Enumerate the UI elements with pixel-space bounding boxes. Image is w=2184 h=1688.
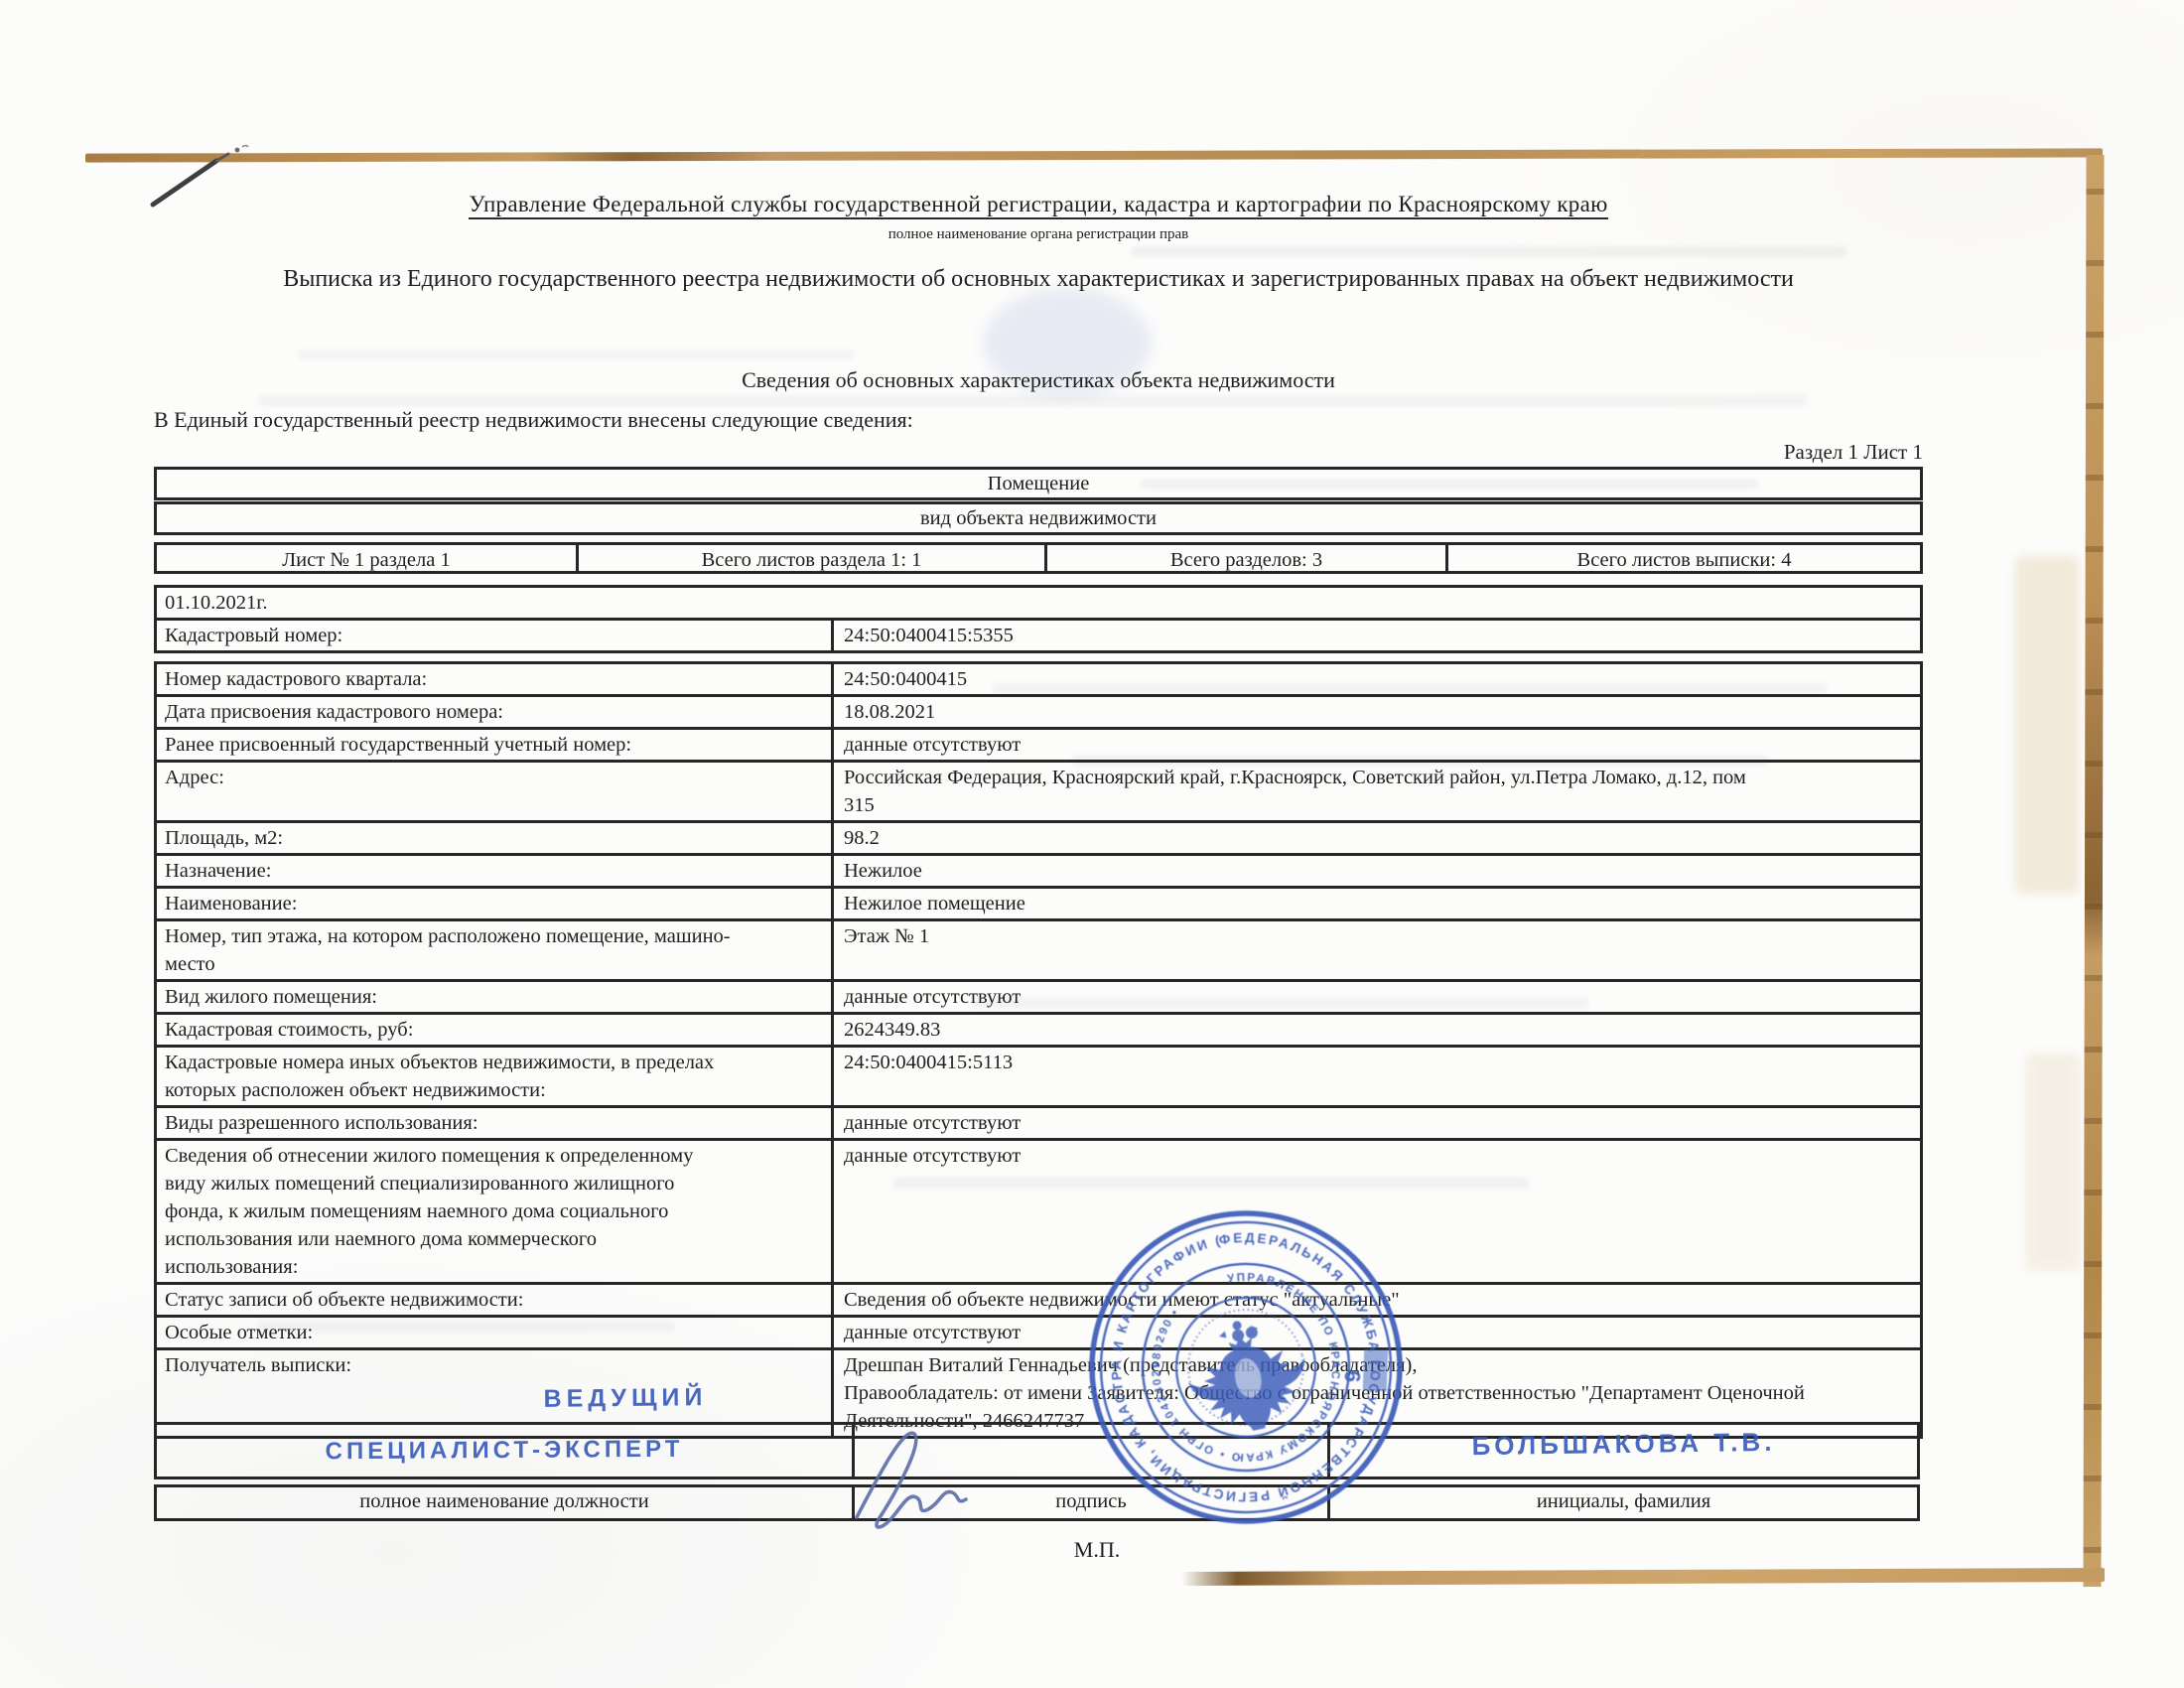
row-label: Номер, тип этажа, на котором расположено… — [157, 921, 834, 979]
sheet-no-cell: Лист № 1 раздела 1 — [154, 542, 579, 574]
object-kind-caption: вид объекта недвижимости — [154, 501, 1923, 535]
eagle-emblem — [1177, 1309, 1317, 1442]
row-label: Наименование: — [157, 889, 834, 918]
sheets-info-table: Лист № 1 раздела 1 Всего листов раздела … — [154, 542, 1923, 574]
seal-side-mark: 9 — [1340, 1369, 1366, 1383]
sections-total-cell: Всего разделов: 3 — [1044, 542, 1448, 574]
table-row: Кадастровая стоимость, руб: 2624349.83 — [154, 1012, 1923, 1048]
row-label: Ранее присвоенный государственный учетны… — [157, 730, 834, 760]
table-row: Дата присвоения кадастрового номера: 18.… — [154, 694, 1923, 730]
row-label: Сведения об отнесении жилого помещения к… — [157, 1141, 834, 1282]
table-row: Статус записи об объекте недвижимости: С… — [154, 1282, 1923, 1318]
bleed-through-artifact — [298, 350, 854, 359]
row-label: Статус записи об объекте недвижимости: — [157, 1285, 834, 1315]
row-value: Российская Федерация, Красноярский край,… — [834, 763, 1920, 820]
table-row: Номер, тип этажа, на котором расположено… — [154, 918, 1923, 982]
paper-stain — [2015, 556, 2079, 894]
section-heading: Сведения об основных характеристиках объ… — [154, 367, 1923, 393]
row-gap — [154, 653, 1923, 661]
row-value: 24:50:0400415 — [834, 664, 1920, 694]
bleed-through-artifact — [258, 395, 1807, 406]
row-label: Вид жилого помещения: — [157, 982, 834, 1012]
row-value: 24:50:0400415:5355 — [834, 621, 1920, 650]
page-edge-bottom — [1181, 1568, 2105, 1586]
sheets-in-section-cell: Всего листов раздела 1: 1 — [576, 542, 1047, 574]
attributes-table: 01.10.2021г. Кадастровый номер: 24:50:04… — [154, 585, 1923, 1439]
row-label: Кадастровая стоимость, руб: — [157, 1015, 834, 1045]
header-authority: Управление Федеральной службы государств… — [154, 192, 1923, 217]
header-authority-caption: полное наименование органа регистрации п… — [154, 226, 1923, 243]
date-line: 01.10.2021г. — [157, 588, 1920, 618]
scanned-document-photo: Управление Федеральной службы государств… — [0, 0, 2184, 1688]
position-cell: СПЕЦИАЛИСТ-ЭКСПЕРТ — [154, 1422, 855, 1479]
row-value: 2624349.83 — [834, 1015, 1920, 1045]
section-sheet-ref: Раздел 1 Лист 1 — [154, 440, 1923, 465]
signature-table: СПЕЦИАЛИСТ-ЭКСПЕРТ БОЛЬШАКОВА Т.В. полно… — [154, 1422, 1923, 1521]
sheets-total-cell: Всего листов выписки: 4 — [1445, 542, 1923, 574]
table-row: Номер кадастрового квартала: 24:50:04004… — [154, 661, 1923, 697]
row-value: 24:50:0400415:5113 — [834, 1048, 1920, 1105]
table-row: Вид жилого помещения: данные отсутствуют — [154, 979, 1923, 1015]
row-label: Виды разрешенного использования: — [157, 1108, 834, 1138]
page-edge-right — [2083, 155, 2104, 1587]
paper-stain — [2025, 1053, 2081, 1271]
row-value: 98.2 — [834, 823, 1920, 853]
seal-place-caption: М.П. — [1032, 1537, 1161, 1563]
row-label: Адрес: — [157, 763, 834, 820]
position-stamp-line2: СПЕЦИАЛИСТ-ЭКСПЕРТ — [157, 1423, 852, 1468]
document-title: Выписка из Единого государственного реес… — [154, 266, 1923, 293]
bleed-through-artifact — [1132, 246, 1846, 257]
name-stamp: БОЛЬШАКОВА Т.В. — [1330, 1421, 1917, 1464]
name-caption: инициалы, фамилия — [1327, 1484, 1920, 1521]
row-label: Дата присвоения кадастрового номера: — [157, 697, 834, 727]
row-value: данные отсутствуют — [834, 982, 1920, 1012]
row-value: Нежилое — [834, 856, 1920, 886]
table-row: Особые отметки: данные отсутствуют — [154, 1315, 1923, 1350]
table-row: Кадастровый номер: 24:50:0400415:5355 — [154, 618, 1923, 653]
position-caption: полное наименование должности — [154, 1484, 855, 1521]
name-cell: БОЛЬШАКОВА Т.В. — [1327, 1422, 1920, 1479]
table-row-date: 01.10.2021г. — [154, 585, 1923, 621]
position-stamp-line1: ВЕДУЩИЙ — [477, 1382, 774, 1414]
row-value: данные отсутствуют — [834, 730, 1920, 760]
row-label: Площадь, м2: — [157, 823, 834, 853]
row-label: Номер кадастрового квартала: — [157, 664, 834, 694]
row-value: данные отсутствуют — [834, 1108, 1920, 1138]
row-label: Особые отметки: — [157, 1318, 834, 1347]
table-row: Назначение: Нежилое — [154, 853, 1923, 889]
intro-line: В Единый государственный реестр недвижим… — [154, 407, 913, 433]
table-row: Адрес: Российская Федерация, Красноярски… — [154, 760, 1923, 823]
row-value: Этаж № 1 — [834, 921, 1920, 979]
row-label: Кадастровые номера иных объектов недвижи… — [157, 1048, 834, 1105]
table-row: Ранее присвоенный государственный учетны… — [154, 727, 1923, 763]
row-label: Назначение: — [157, 856, 834, 886]
row-value: 18.08.2021 — [834, 697, 1920, 727]
row-label: Кадастровый номер: — [157, 621, 834, 650]
object-kind-value: Помещение — [154, 467, 1923, 500]
table-row: Кадастровые номера иных объектов недвижи… — [154, 1045, 1923, 1108]
official-seal: ФЕДЕРАЛЬНАЯ СЛУЖБА ГОСУДАРСТВЕННОЙ РЕГИС… — [1080, 1201, 1412, 1533]
table-row: Виды разрешенного использования: данные … — [154, 1105, 1923, 1141]
table-row: Наименование: Нежилое помещение — [154, 886, 1923, 921]
row-value: Нежилое помещение — [834, 889, 1920, 918]
table-row: Сведения об отнесении жилого помещения к… — [154, 1138, 1923, 1285]
table-row: Площадь, м2: 98.2 — [154, 820, 1923, 856]
page-edge-top — [85, 148, 2103, 162]
handwritten-signature — [839, 1398, 1027, 1547]
